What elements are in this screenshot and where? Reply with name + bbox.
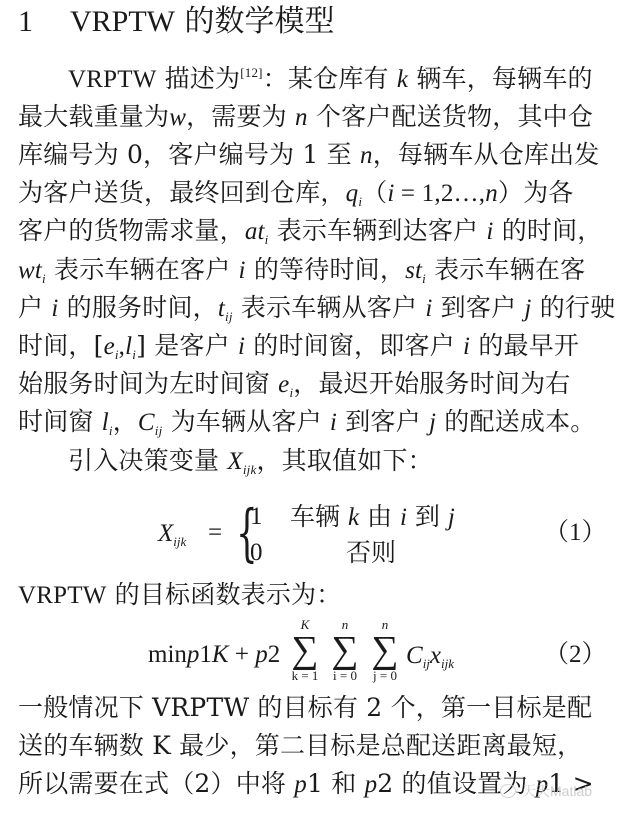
math-var: i	[425, 295, 432, 322]
text: 所以需要在式（2）中将	[18, 769, 294, 798]
section-number: 1	[18, 2, 70, 42]
case-1-condition: 车辆 k 由 i 到 j	[290, 500, 455, 535]
equation-2-summand: Cijxijk	[406, 638, 454, 673]
section-title-cjk: 的数学模型	[175, 4, 335, 39]
watermark-text: 天天Matlab	[522, 783, 592, 799]
math-var: C	[138, 409, 155, 436]
equation-1-lhs: Xijk	[158, 516, 186, 551]
text: = 1,2…,	[394, 180, 485, 207]
text: 的行驶	[532, 293, 616, 322]
text: 到客户	[337, 407, 429, 436]
math-sub: ij	[423, 656, 430, 671]
math-var: n	[360, 142, 373, 169]
math-var: e	[278, 371, 289, 398]
text: 最大载重量为	[18, 102, 169, 131]
math-var: p	[255, 641, 268, 668]
text: 到客户	[433, 293, 525, 322]
text: ，需要为	[186, 102, 295, 131]
sum-lower: k = 1	[288, 668, 322, 684]
citation: [12]	[240, 65, 262, 80]
text: 时间窗	[18, 407, 102, 436]
text: （	[362, 178, 387, 207]
paragraph-1-line-2: 最大载重量为w，需要为 n 个客户配送货物，其中仓	[18, 100, 612, 135]
text: 到	[407, 502, 448, 531]
math-var: i	[330, 409, 337, 436]
text: ，	[113, 407, 138, 436]
text: 始服务时间为左时间窗	[18, 369, 278, 398]
math-sub: ijk	[243, 462, 257, 477]
text: 表示车辆在客	[426, 255, 585, 284]
sum-lower: i = 0	[328, 668, 362, 684]
math-var: i	[486, 218, 493, 245]
text: 个客户配送货物，其中仓	[308, 102, 593, 131]
math-var: X	[158, 520, 173, 547]
text: 的时间窗，即客户	[245, 331, 463, 360]
math-var: l	[102, 409, 109, 436]
math-var: p	[365, 771, 378, 798]
text: +	[229, 641, 256, 668]
equation-1: Xijk = { 1 车辆 k 由 i 到 j 0 否则 （1）	[158, 498, 618, 574]
paragraph-1-line-1: VRPTW 描述为[12]：某仓库有 k 辆车，每辆车的	[68, 62, 631, 97]
sigma-icon: ∑	[328, 632, 362, 668]
paragraph-1-line-3: 库编号为 0，客户编号为 1 至 n，每辆车从仓库出发	[18, 138, 612, 173]
math-var: st	[405, 257, 422, 284]
summation-j: n∑j = 0	[368, 618, 402, 684]
math-var: i	[400, 504, 407, 531]
math-var: q	[346, 180, 359, 207]
text: VRPTW	[18, 582, 107, 609]
text: ] 是客户	[136, 331, 238, 360]
math-var: p	[187, 641, 200, 668]
math-var: n	[485, 180, 498, 207]
paragraph-4-line-2: 送的车辆数 K 最少，第二目标是总配送距离最短，	[18, 729, 612, 763]
paragraph-3: VRPTW 的目标函数表示为：	[18, 578, 612, 613]
equation-2-number: （2）	[544, 638, 607, 672]
math-var: at	[245, 218, 265, 245]
paragraph-4-line-1: 一般情况下 VRPTW 的目标有 2 个，第一目标是配	[18, 691, 612, 725]
text: 辆车，每辆车的	[408, 64, 593, 93]
equation-2: minp1K + p2 K∑k = 1 n∑i = 0 n∑j = 0 Cijx…	[148, 618, 618, 694]
text: 库编号为 0，客户编号为 1 至	[18, 140, 360, 169]
math-var: j	[524, 295, 531, 322]
math-var: x	[430, 642, 441, 669]
paragraph-1-line-6: wti 表示车辆在客户 i 的等待时间，sti 表示车辆在客	[18, 253, 612, 288]
text: 为车辆从客户	[162, 407, 330, 436]
math-var: i	[51, 295, 58, 322]
text: 车辆	[290, 502, 348, 531]
paragraph-2: 引入决策变量 Xijk，其取值如下：	[68, 444, 631, 479]
paragraph-1-line-9: 始服务时间为左时间窗 ei，最迟开始服务时间为右	[18, 367, 612, 402]
math-sub: ijk	[441, 656, 454, 671]
summation-i: n∑i = 0	[328, 618, 362, 684]
text: 的配送成本。	[436, 407, 595, 436]
case-1-value: 1	[250, 500, 263, 534]
text: 由	[359, 502, 400, 531]
text: 的最早开	[470, 331, 579, 360]
math-var: p	[294, 771, 307, 798]
sum-lower: j = 0	[368, 668, 402, 684]
text: 的目标函数表示为：	[107, 580, 342, 609]
sigma-icon: ∑	[368, 632, 402, 668]
text: 表示车辆到达客户	[268, 216, 486, 245]
text: 表示车辆从客户	[233, 293, 426, 322]
text: 引入决策变量	[68, 446, 227, 475]
math-var: k	[397, 66, 408, 93]
paragraph-1-line-4: 为客户送货，最终回到仓库，qi（i = 1,2…,n）为各	[18, 176, 612, 211]
math-var: t	[218, 295, 225, 322]
math-var: e	[104, 333, 115, 360]
text: 的等待时间，	[246, 255, 405, 284]
text: 1 和	[307, 769, 365, 798]
math-var: n	[295, 104, 308, 131]
paragraph-1-line-7: 户 i 的服务时间，tij 表示车辆从客户 i 到客户 j 的行驶	[18, 291, 612, 326]
section-title-latin: VRPTW	[70, 5, 175, 38]
case-2-value: 0	[250, 536, 263, 570]
math-sub: ijk	[173, 534, 186, 549]
text: 2	[268, 641, 281, 668]
math-var: i	[239, 257, 246, 284]
text: ：某仓库有	[263, 64, 397, 93]
math-sub: ij	[225, 309, 233, 324]
document-page: 1VRPTW 的数学模型 VRPTW 描述为[12]：某仓库有 k 辆车，每辆车…	[0, 0, 631, 815]
text: ）为各	[498, 178, 574, 207]
paragraph-1-line-10: 时间窗 li，Cij 为车辆从客户 i 到客户 j 的配送成本。	[18, 405, 612, 440]
text: 时间，[	[18, 331, 104, 360]
text: 户	[18, 293, 51, 322]
equals-sign: =	[208, 516, 222, 550]
paragraph-1-line-5: 客户的货物需求量，ati 表示车辆到达客户 i 的时间，	[18, 214, 612, 249]
math-var: w	[169, 104, 186, 131]
math-var: X	[227, 448, 242, 475]
text: 客户的货物需求量，	[18, 216, 245, 245]
equation-2-prefix: minp1K + p2	[148, 638, 280, 672]
text: 表示车辆在客户	[46, 255, 239, 284]
paragraph-1-line-8: 时间，[ei,li] 是客户 i 的时间窗，即客户 i 的最早开	[18, 329, 612, 364]
text: ，每辆车从仓库出发	[373, 140, 600, 169]
text: ，最迟开始服务时间为右	[293, 369, 570, 398]
math-var: k	[348, 504, 359, 531]
watermark: 天天Matlab	[500, 781, 592, 801]
text: 为客户送货，最终回到仓库，	[18, 178, 346, 207]
equation-1-number: （1）	[544, 516, 607, 550]
math-var: C	[406, 642, 423, 669]
text: ，其取值如下：	[256, 446, 432, 475]
math-var: K	[212, 641, 229, 668]
wechat-icon	[500, 784, 516, 798]
math-var: j	[448, 504, 455, 531]
case-2-condition: 否则	[346, 536, 396, 570]
text: 的时间，	[494, 216, 603, 245]
section-heading: 1VRPTW 的数学模型	[18, 2, 335, 42]
math-var: wt	[18, 257, 42, 284]
text: VRPTW	[68, 66, 157, 93]
text: 描述为	[157, 64, 241, 93]
text: 1	[199, 641, 212, 668]
text: min	[148, 641, 187, 668]
summation-k: K∑k = 1	[288, 618, 322, 684]
text: 的服务时间，	[59, 293, 218, 322]
sigma-icon: ∑	[288, 632, 322, 668]
